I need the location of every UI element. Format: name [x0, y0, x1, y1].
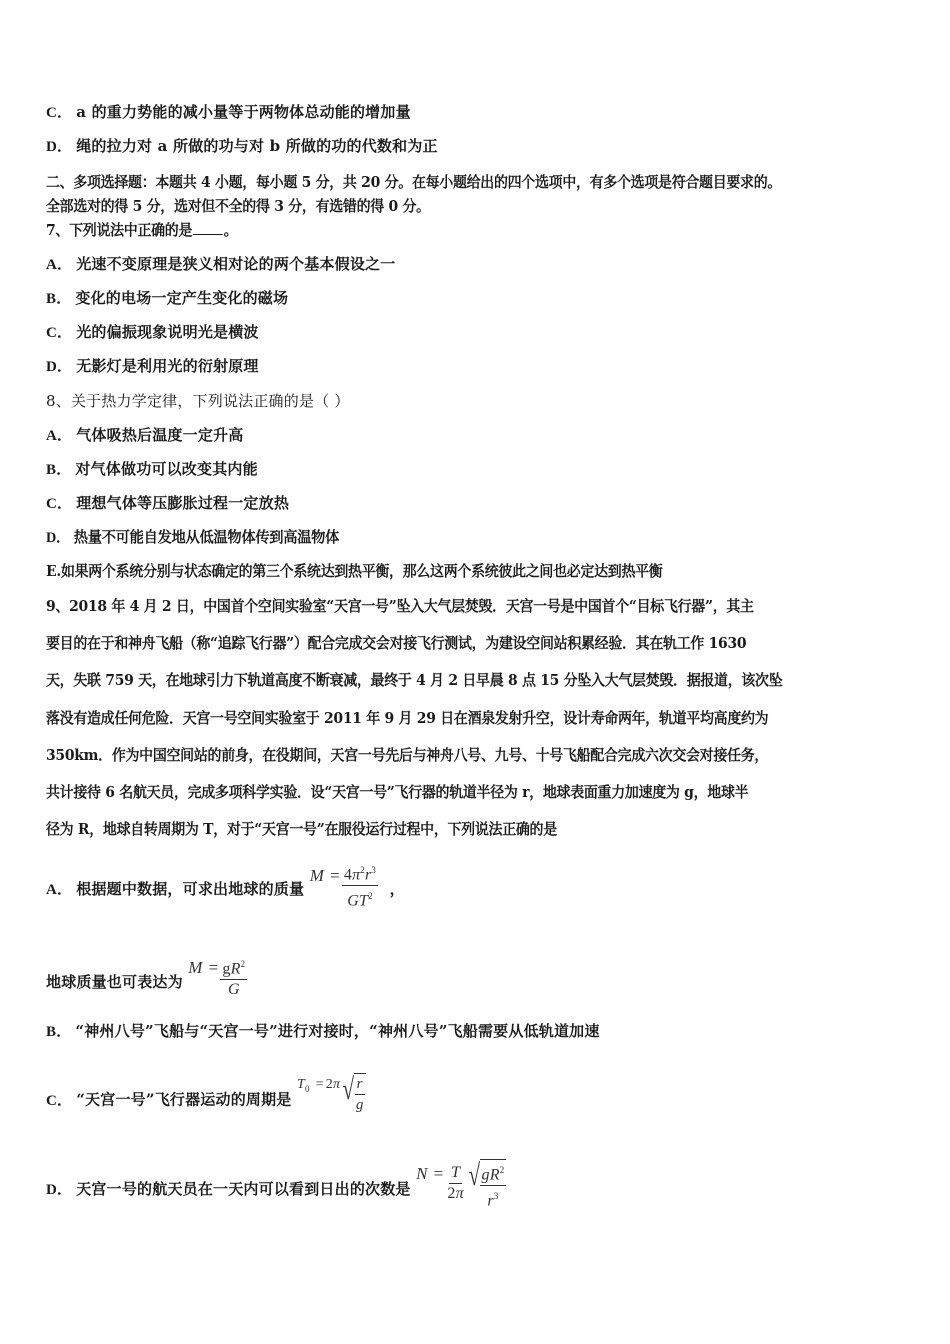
question-8-stem: 8、关于热力学定律，下列说法正确的是（ ） — [46, 391, 350, 411]
q9-option-d: D．天宫一号的航天员在一天内可以看到日出的次数是 N= T 2π √ gR2 r… — [46, 1162, 506, 1218]
option-text: “天宫一号”飞行器运动的周期是 — [76, 1091, 291, 1109]
option-letter: C． — [46, 105, 72, 121]
q9-option-b: B．“神州八号”飞船与“天宫一号”进行对接时，“神州八号”飞船需要从低轨道加速 — [46, 1021, 600, 1042]
fraction-numerator: gR2 — [480, 1160, 507, 1186]
option-text: 理想气体等压膨胀过程一定放热 — [76, 494, 289, 512]
question-9-stem-line: 要目的在于和神舟飞船（称“追踪飞行器”）配合完成交会对接飞行测试，为建设空间站积… — [46, 633, 746, 653]
question-stem-text: 7、下列说法中正确的是 — [46, 221, 192, 239]
formula-lhs: M — [310, 866, 324, 885]
radical-icon: √ — [468, 1156, 480, 1212]
fraction-numerator: 4π2r3 — [342, 860, 378, 886]
option-letter: C． — [46, 1093, 72, 1109]
fraction-denominator: GT2 — [345, 886, 375, 911]
option-letter: C． — [46, 496, 72, 512]
q7-option-d: D．无影灯是利用光的衍射原理 — [46, 356, 259, 377]
q7-option-b: B．变化的电场一定产生变化的磁场 — [46, 288, 288, 309]
option-text: a 的重力势能的减小量等于两物体总动能的增加量 — [76, 103, 411, 121]
sunrise-count-formula: N= T 2π √ gR2 r3 — [416, 1156, 506, 1212]
formula-lhs: M — [188, 958, 202, 977]
fraction-denominator: 2π — [445, 1184, 465, 1204]
option-letter: A． — [46, 257, 72, 273]
formula-fraction: gR2 r3 — [480, 1160, 507, 1212]
option-text: 对气体做功可以改变其内能 — [75, 460, 257, 478]
sqrt-symbol: √ r g — [340, 1070, 365, 1115]
option-text: 根据题中数据，可求出地球的质量 — [76, 880, 304, 898]
option-letter: A． — [46, 882, 72, 898]
option-text: 热量不可能自发地从低温物体传到高温物体 — [74, 528, 339, 546]
question-9-stem-line: 共计接待 6 名航天员，完成多项科学实验．设“天宫一号”飞行器的轨道半径为 r，… — [46, 782, 748, 802]
fraction-denominator: r3 — [485, 1186, 500, 1211]
option-text: 光速不变原理是狭义相对论的两个基本假设之一 — [76, 255, 395, 273]
formula-lhs: T0 — [297, 1077, 310, 1092]
q7-option-a: A．光速不变原理是狭义相对论的两个基本假设之一 — [46, 254, 395, 275]
question-9-stem-line: 9、2018 年 4 月 2 日，中国首个空间实验室“天宫一号”坠入大气层焚毁．… — [46, 596, 754, 616]
option-text: 天宫一号的航天员在一天内可以看到日出的次数是 — [76, 1180, 410, 1198]
option-text: 绳的拉力对 a 所做的功与对 b 所做的功的代数和为正 — [76, 137, 438, 155]
question-9-stem-line: 径为 R，地球自转周期为 T，对于“天宫一号”在服役运行过程中，下列说法正确的是 — [46, 819, 557, 839]
period-formula: T0=2π √ r g — [297, 1070, 366, 1115]
option-letter: D． — [46, 359, 72, 375]
formula-lhs: N — [416, 1164, 428, 1183]
trailing-comma: ， — [390, 880, 405, 898]
answer-blank — [193, 220, 223, 235]
q8-option-a: A．气体吸热后温度一定升高 — [46, 425, 243, 446]
fraction-numerator: T — [449, 1163, 462, 1184]
option-letter: D． — [46, 1182, 72, 1198]
prev-option-d: D．绳的拉力对 a 所做的功与对 b 所做的功的代数和为正 — [46, 136, 438, 157]
question-9-stem-line: 350km．作为中国空间站的前身，在役期间，天宫一号先后与神舟八号、九号、十号飞… — [46, 745, 768, 765]
sqrt-symbol: √ gR2 r3 — [466, 1156, 507, 1212]
option-letter: E. — [46, 562, 61, 580]
q8-option-b: B．对气体做功可以改变其内能 — [46, 459, 258, 480]
formula-fraction: gR2 G — [220, 954, 247, 1000]
option-letter: B． — [46, 291, 71, 307]
option-text: 光的偏振现象说明光是横波 — [76, 323, 258, 341]
radical-icon: √ — [343, 1070, 355, 1115]
section-heading-line1: 二、多项选择题：本题共 4 小题，每小题 5 分，共 20 分。在每小题给出的四… — [46, 172, 781, 192]
fraction-numerator: gR2 — [220, 954, 247, 980]
fraction-denominator: G — [226, 980, 242, 1000]
q8-option-c: C．理想气体等压膨胀过程一定放热 — [46, 493, 289, 514]
exam-page: C．a 的重力势能的减小量等于两物体总动能的增加量 D．绳的拉力对 a 所做的功… — [0, 0, 950, 1344]
option-letter: B． — [46, 1024, 71, 1040]
formula-eq: = — [434, 1164, 444, 1183]
section-heading-line2: 全部选对的得 5 分，选对但不全的得 3 分，有选错的得 0 分。 — [46, 196, 430, 216]
option-text: “神州八号”飞船与“天宫一号”进行对接时，“神州八号”飞船需要从低轨道加速 — [75, 1022, 599, 1040]
q9-option-a-line2: 地球质量也可表达为 M= gR2 G — [46, 960, 247, 1006]
formula-fraction: T 2π — [445, 1163, 465, 1204]
fraction-numerator: r — [355, 1074, 365, 1095]
option-letter: D． — [46, 139, 72, 155]
option-text: 变化的电场一定产生变化的磁场 — [75, 289, 288, 307]
earth-mass-alt-formula: M= gR2 G — [188, 954, 247, 1000]
question-stem-end: 。 — [224, 221, 238, 239]
formula-fraction: r g — [354, 1074, 366, 1115]
prev-option-c: C．a 的重力势能的减小量等于两物体总动能的增加量 — [46, 102, 411, 123]
q8-option-e: E.如果两个系统分别与状态确定的第三个系统达到热平衡，那么这两个系统彼此之间也必… — [46, 561, 662, 581]
option-text: 地球质量也可表达为 — [46, 973, 183, 991]
option-text: 气体吸热后温度一定升高 — [76, 426, 243, 444]
formula-eq: = — [316, 1077, 324, 1092]
fraction-denominator: g — [354, 1095, 366, 1115]
formula-eq: = — [209, 958, 219, 977]
option-letter: D． — [46, 530, 70, 546]
formula-fraction: 4π2r3 GT2 — [342, 860, 378, 912]
q9-option-c: C．“天宫一号”飞行器运动的周期是 T0=2π √ r g — [46, 1078, 366, 1123]
q8-option-d: D．热量不可能自发地从低温物体传到高温物体 — [46, 527, 339, 548]
question-7-stem: 7、下列说法中正确的是。 — [46, 220, 237, 240]
option-letter: A． — [46, 428, 72, 444]
formula-coefficient: 2π — [326, 1077, 340, 1092]
option-text: 无影灯是利用光的衍射原理 — [76, 357, 258, 375]
question-9-stem-line: 落没有造成任何危险．天宫一号空间实验室于 2011 年 9 月 29 日在酒泉发… — [46, 708, 768, 728]
formula-eq: = — [330, 866, 340, 885]
option-text: 如果两个系统分别与状态确定的第三个系统达到热平衡，那么这两个系统彼此之间也必定达… — [61, 562, 663, 580]
q9-option-a: A．根据题中数据，可求出地球的质量 M= 4π2r3 GT2 ， — [46, 864, 405, 916]
earth-mass-formula: M= 4π2r3 GT2 — [310, 860, 378, 912]
option-letter: B． — [46, 462, 71, 478]
q7-option-c: C．光的偏振现象说明光是横波 — [46, 322, 259, 343]
option-letter: C． — [46, 325, 72, 341]
question-9-stem-line: 天，失联 759 天，在地球引力下轨道高度不断衰减，最终于 4 月 2 日早晨 … — [46, 670, 782, 690]
